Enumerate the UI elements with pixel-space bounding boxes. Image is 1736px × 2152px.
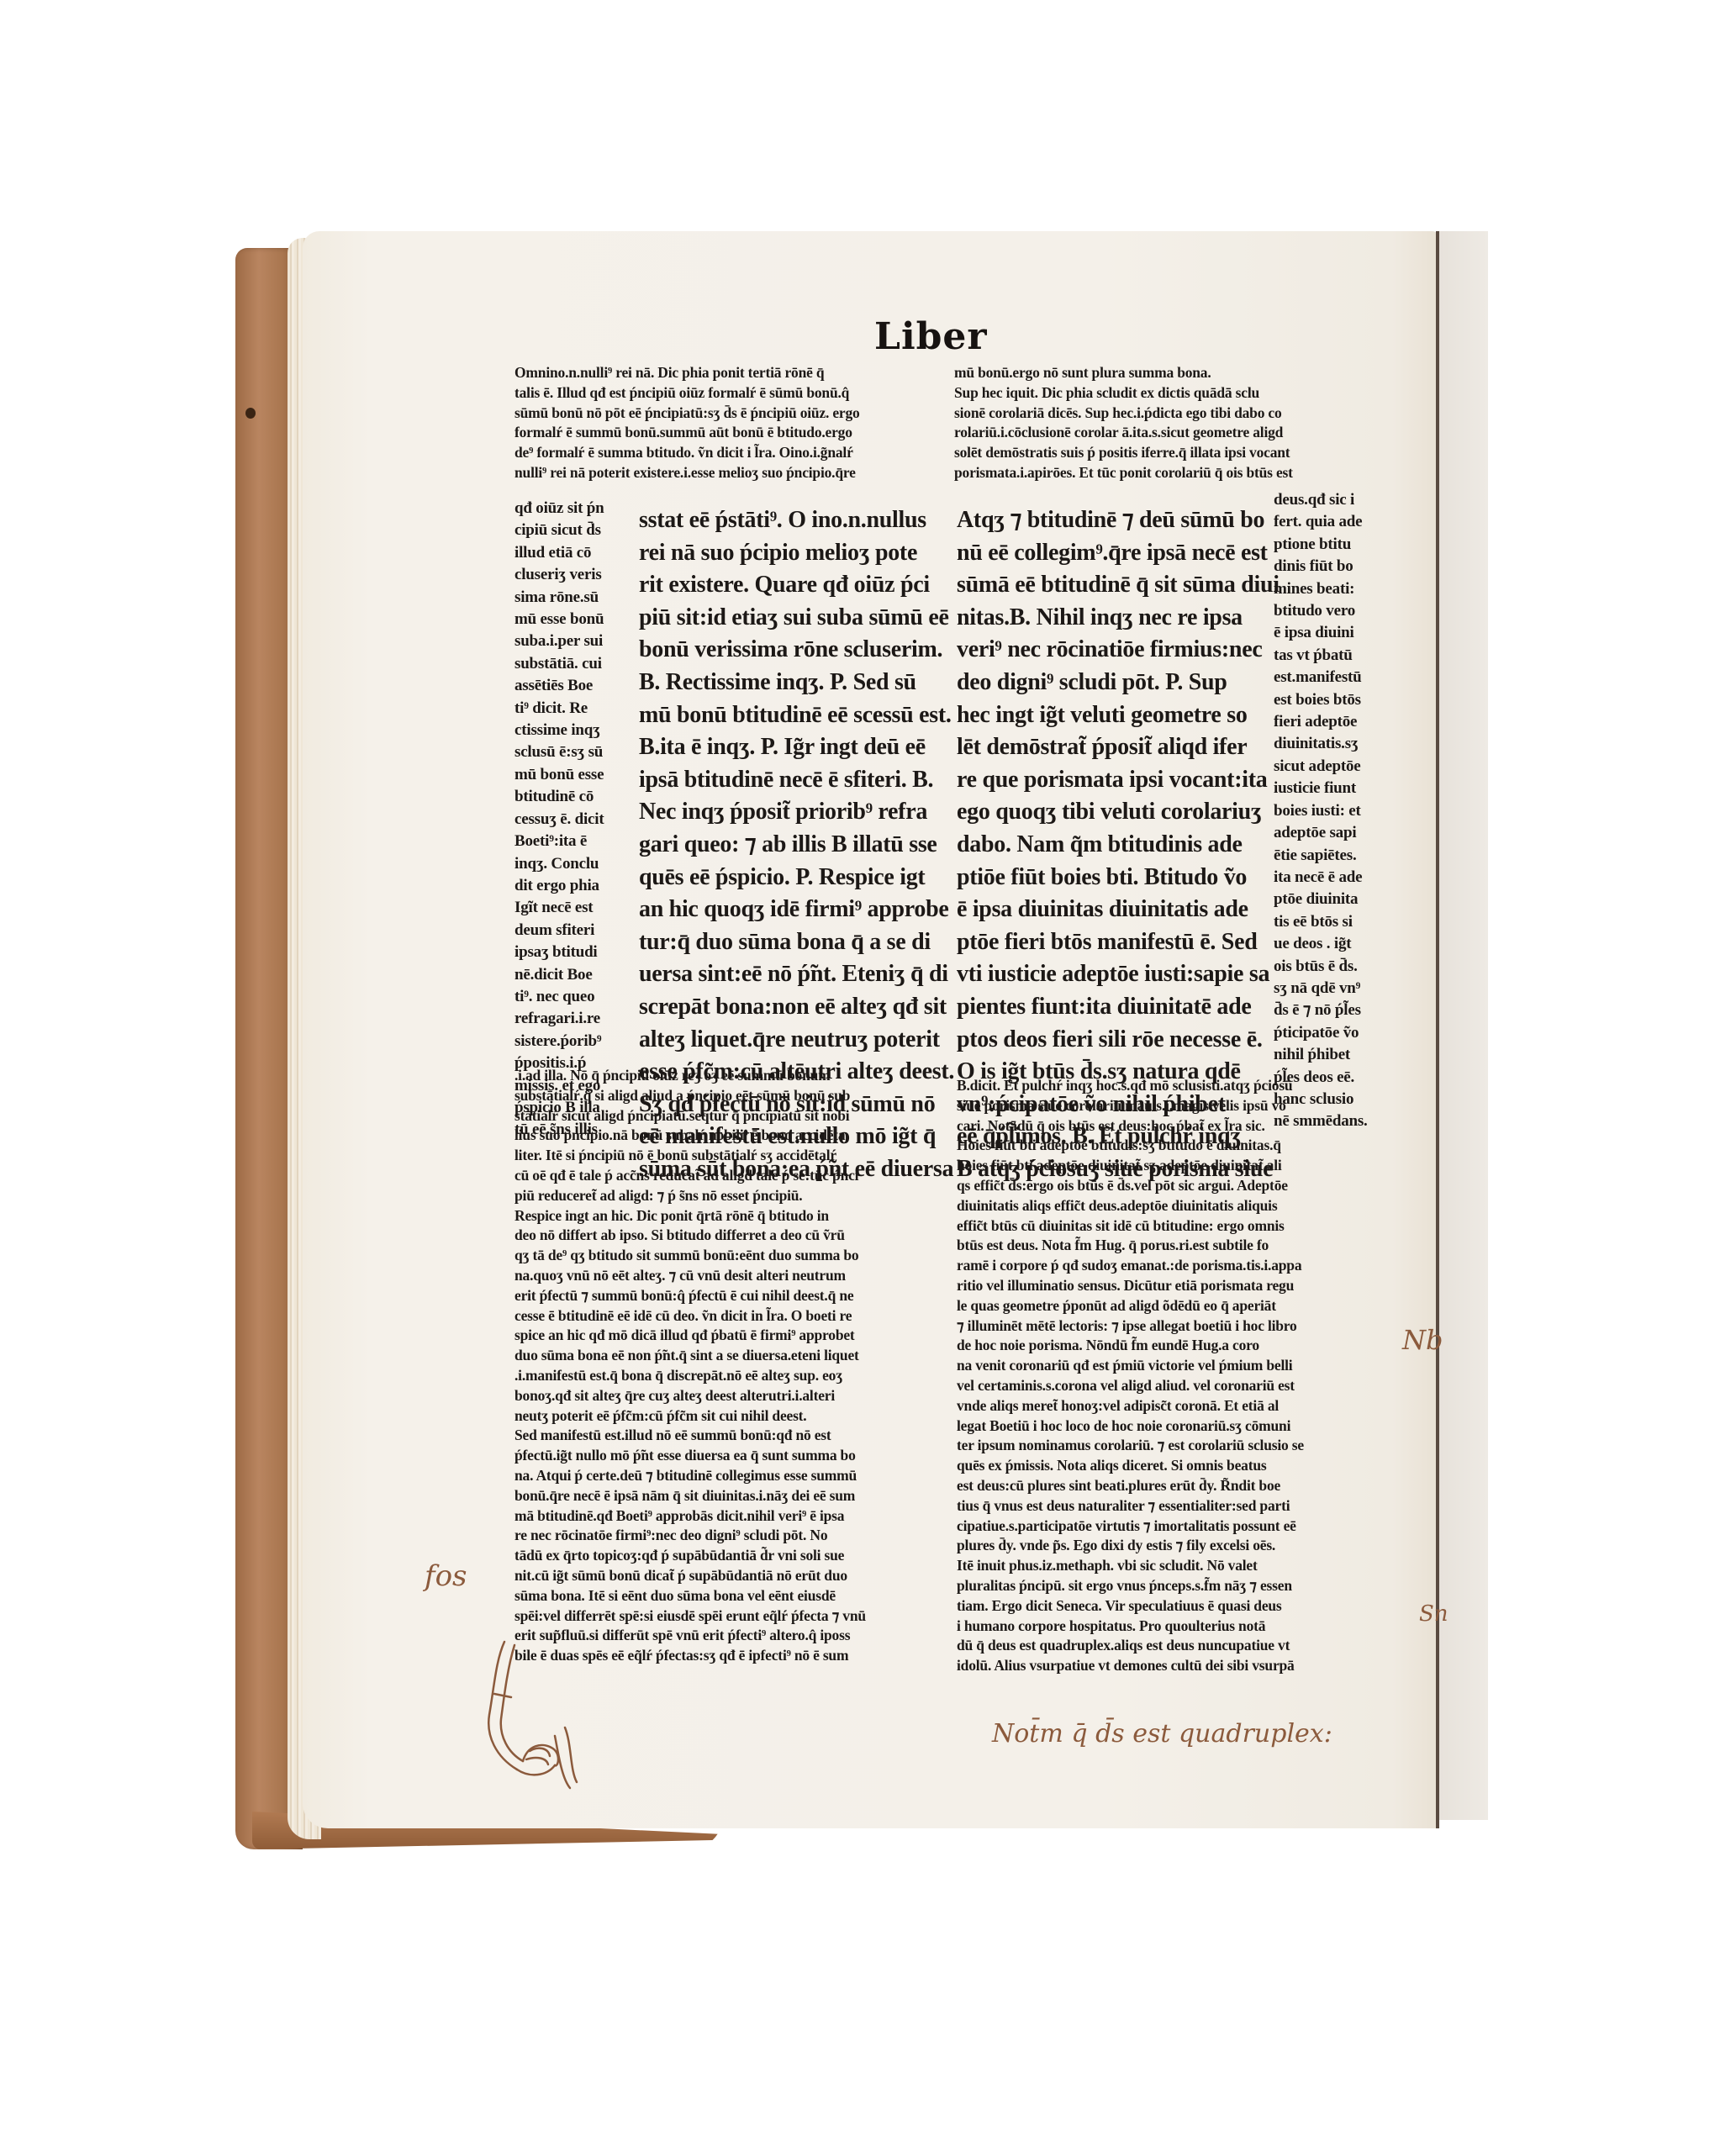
text-line: mā btitudinē.qđ Boeti⁹ approbās dicit.ni… [514, 1506, 943, 1527]
text-line: pluralitas ṕncipū. sit ergo vnus ṕnceps.… [957, 1576, 1406, 1596]
text-line: na. Atqui ṕ certe.deū ⁊ btitudinē colleg… [514, 1466, 943, 1486]
text-line: re nec rōcinatōe firmi⁹:nec deo digni⁹ s… [514, 1526, 943, 1546]
text-line: bonoʒ.qđ sit alteʒ q̄re cuʒ alteʒ deest … [514, 1386, 943, 1406]
text-line: mū bonū btitudinē eē scessū est. [639, 699, 942, 732]
text-line: tius q̄ vnus est deus naturaliter ⁊ esse… [957, 1496, 1406, 1516]
text-line: de⁹ formalŕ ē summa btitudo. ṽn dicit i… [514, 443, 943, 463]
text-line: Boeti⁹:ita ē [514, 831, 620, 852]
text-line: dabo. Nam q̃m btitudinis ade [957, 829, 1268, 862]
text-line: cū oē qđ ē tale ṕ acc̃ns reducat̃ ad ali… [514, 1166, 943, 1186]
text-line: deus.qđ sic i [1274, 489, 1404, 511]
text-line: ter ipsum nominamus corolariū. ⁊ est cor… [957, 1436, 1406, 1456]
left-gloss-column: qđ oiūz sit ṕncipiū sicut d̄sillud etiā … [514, 498, 620, 1142]
text-line: screpāt bona:non eē alteʒ qđ sit [639, 991, 942, 1024]
text-line: cessuʒ ē. dicit [514, 809, 620, 831]
text-line: btitudinē cō [514, 786, 620, 808]
text-line: ptione btitu [1274, 534, 1404, 556]
text-line: illud etiā cō [514, 542, 620, 564]
text-line: pientes fiunt:ita diuinitatē ade [957, 991, 1268, 1024]
text-line: effic̃t btūs cū diuinitas sit idē cū bti… [957, 1216, 1406, 1237]
text-line: deum sfiteri [514, 920, 620, 941]
text-line: tur:q̄ duo sūma bona q̄ a se di [639, 926, 942, 959]
worm-hole [245, 408, 256, 419]
text-line: ē ipsa diuini [1274, 622, 1404, 644]
text-line: sūma bona. Itē si eēnt duo sūma bona vel… [514, 1586, 943, 1606]
text-line: qđ oiūz sit ṕn [514, 498, 620, 520]
top-commentary-right: mū bonū.ergo nō sunt plura summa bona.Su… [954, 363, 1404, 483]
text-line: fieri adeptōe [1274, 711, 1404, 733]
text-line: .i.ad illa. Nō q̄ ṕncipiū oiūz reʒ oʒ eē… [514, 1066, 943, 1086]
text-line: B.ita ē inqʒ. P. Ig̃r ingt deū eē [639, 731, 942, 764]
text-line: deo nō differt ab ipso. Si btitudo diffe… [514, 1226, 943, 1246]
text-line: nulli⁹ rei nā poterit existere.i.esse me… [514, 463, 943, 483]
text-line: sicut adeptōe [1274, 756, 1404, 778]
text-line: qs effic̃t d̄s:ergo ois btūs ē d̄s.vel p… [957, 1176, 1406, 1196]
text-line: alteʒ liquet.q̄re neutruʒ poterit [639, 1024, 942, 1057]
text-line: sionē corolariā dicēs. Sup hec.i.ṕdicta … [954, 403, 1404, 424]
text-line: ois btūs ē d̄s. [1274, 956, 1404, 978]
text-line: est boies btōs [1274, 689, 1404, 711]
text-line: sclusū ē:sʒ sū [514, 741, 620, 763]
text-line: ptos deos fieri sili rōe necesse ē. [957, 1024, 1268, 1057]
text-line: gari queo: ⁊ ab illis B illatū sse [639, 829, 942, 862]
text-line: duo sūma bona eē non ṕ̃nt.q̄ sint a se d… [514, 1346, 943, 1366]
text-line: Respice ingt an hic. Dic ponit q̄rtā rōn… [514, 1206, 943, 1226]
text-line: ue deos . ig̃t [1274, 933, 1404, 955]
text-line: sima rōne.sū [514, 587, 620, 609]
bottom-commentary-left: .i.ad illa. Nō q̄ ṕncipiū oiūz reʒ oʒ eē… [514, 1066, 943, 1666]
text-line: Omnino.n.nulli⁹ rei nā. Dic phia ponit t… [514, 363, 943, 383]
text-line: mū bonū.ergo nō sunt plura summa bona. [954, 363, 1404, 383]
text-line: cluseriʒ veris [514, 564, 620, 586]
text-line: ptōe fieri btōs manifestū ē. Sed [957, 926, 1268, 959]
text-line: vnde aliqs meret̃ honoʒ:vel adipisc̃t co… [957, 1396, 1406, 1416]
text-line: rei nā suo ṕcipio melioʒ pote [639, 537, 942, 570]
text-line: ipsaʒ btitudi [514, 941, 620, 963]
manicule-icon [471, 1635, 597, 1795]
text-line: spice an hic qđ mō dicā illud qđ ṕbatū ē… [514, 1326, 943, 1346]
text-line: est.manifestū [1274, 667, 1404, 688]
text-line: le quas geometre ṕponūt ad aligd õdēdū … [957, 1296, 1406, 1316]
top-commentary-left: Omnino.n.nulli⁹ rei nā. Dic phia ponit t… [514, 363, 943, 483]
text-line: sūmū bonū nō pōt eē ṕncipiatū:sʒ d̄s ē ṕ… [514, 403, 943, 424]
text-line: na venit coronariū qđ est ṕmiū victorie … [957, 1356, 1406, 1376]
text-line: ṕticipatōe ṽo [1274, 1022, 1404, 1044]
manuscript-margin-note-nb: Nb [1402, 1324, 1443, 1356]
running-head: Liber [874, 315, 988, 358]
text-line: diuinitatis.sʒ [1274, 733, 1404, 755]
text-line: substātiā. cui [514, 653, 620, 675]
text-line: neutʒ poterit eē ṕfc̃m:cū ṕfc̃m sit cui … [514, 1406, 943, 1427]
text-line: veri⁹ nec rōcinatiōe firmius:nec [957, 634, 1268, 667]
text-line: ritio vel illuminatio sensus. Dicūtur et… [957, 1276, 1406, 1296]
text-line: nē.dicit Boe [514, 964, 620, 986]
text-line: deo digni⁹ scludi pōt. P. Sup [957, 667, 1268, 699]
text-line: Igĩt necē est [514, 897, 620, 919]
manuscript-margin-note-left: fos [425, 1559, 467, 1593]
text-line: erit ṕfectū ⁊ summū bonū:q̂ ṕfectū ē cui… [514, 1286, 943, 1306]
text-line: tas vt ṕbatū [1274, 645, 1404, 667]
text-line: suba.i.per sui [514, 630, 620, 652]
text-line: mines beati: [1274, 578, 1404, 600]
text-line: ita necē ē ade [1274, 867, 1404, 889]
text-line: ētie sapiētes. [1274, 845, 1404, 867]
text-line: ti⁹ dicit. Re [514, 698, 620, 720]
text-line: B. Rectissime inqʒ. P. Sed sū [639, 667, 942, 699]
text-line: tiam. Ergo dicit Seneca. Vir speculatiuu… [957, 1596, 1406, 1617]
text-line: nitas.B. Nihil inqʒ nec re ipsa [957, 602, 1268, 635]
text-line: lēt demōstrat̃ ṕposit̃ aliqd ifer [957, 731, 1268, 764]
text-line: solēt demōstratis suis ṕ positis iferre.… [954, 443, 1404, 463]
text-line: ti⁹. nec queo [514, 986, 620, 1008]
text-line: ṕfectū.ig̃t nullo mō ṕ̃nt esse diuersa e… [514, 1446, 943, 1466]
text-line: stātialŕ sicut aligd ṕncipiatū.seqtur q̄… [514, 1106, 943, 1126]
text-line: ramē i corpore ṕ qđ sudoʒ emanat.:de por… [957, 1256, 1406, 1276]
manuscript-margin-note-sn: Sn [1419, 1601, 1448, 1627]
facing-page-edge [1439, 231, 1488, 1820]
text-line: an hic quoqʒ idē firmi⁹ approbe [639, 894, 942, 926]
text-line: rolariū.i.cōclusionē corolar ā.ita.s.sic… [954, 423, 1404, 443]
text-line: quēs ex ṕmissis. Nota aliqs diceret. Si … [957, 1456, 1406, 1476]
text-line: tādū ex q̄rto topicoʒ:qđ ṕ supābūdantiā … [514, 1546, 943, 1566]
text-line: inqʒ. Conclu [514, 853, 620, 875]
text-line: nihil ṕhibet [1274, 1044, 1404, 1066]
text-line: bonū.q̄re necē ē ipsā nām q̄ sit diuinit… [514, 1486, 943, 1506]
text-line: na.quoʒ vnū nō eēt alteʒ. ⁊ cū vnū desit… [514, 1266, 943, 1286]
text-line: formalŕ ē summū bonū.summū aūt bonū ē bt… [514, 423, 943, 443]
text-line: fert. quia ade [1274, 511, 1404, 533]
text-line: substātialŕ.q̂ si aligd aliud a ṕncipio … [514, 1086, 943, 1106]
text-line: qʒ tā de⁹ qʒ btitudo sit summū bonū:eēnt… [514, 1246, 943, 1266]
text-line: porismata.i.apirōes. Et tūc ponit corola… [954, 463, 1404, 483]
text-line: d̄s ē ⁊ nō ṕl̃es [1274, 1000, 1404, 1021]
text-line: Sed manifestū est.illud nō eē summū bonū… [514, 1426, 943, 1446]
text-line: sʒ nā qdē vn⁹ [1274, 978, 1404, 1000]
text-line: Atqʒ ⁊ btitudinē ⁊ deū sūmū bo [957, 504, 1268, 537]
text-line: dinis fiūt bo [1274, 556, 1404, 578]
text-line: re que porismata ipsi vocant:ita [957, 764, 1268, 797]
text-line: piū sit:id etiaʒ sui suba sūmū eē [639, 602, 942, 635]
text-line: i humano corpore hospitatus. Pro quoulte… [957, 1617, 1406, 1637]
text-line: refragari.i.re [514, 1008, 620, 1030]
text-line: cipiū sicut d̄s [514, 520, 620, 541]
text-line: vel certaminis.s.corona vel aligd aliud.… [957, 1376, 1406, 1396]
bottom-commentary-right: B.dicit. Et pulchŕ inqʒ hoc.s.qđ mō sclu… [957, 1076, 1406, 1676]
text-line: ctissime inqʒ [514, 720, 620, 741]
text-line: idolū. Alius vsurpatiue vt demones cultū… [957, 1656, 1406, 1676]
text-line: assētiēs Boe [514, 675, 620, 697]
text-line: mū bonū esse [514, 764, 620, 786]
text-line: piū reduceret̃ ad aligd: ⁊ ṕ s̃ns nō ess… [514, 1186, 943, 1206]
text-line: btitudo vero [1274, 600, 1404, 622]
text-line: hoies fiūt bti adeptōe diuinitat̃ sʒ ade… [957, 1156, 1406, 1176]
text-line: sistere.ṕorib⁹ [514, 1031, 620, 1052]
manuscript-bottom-note: Not̄m q̄ d̄s est quadruplex: [992, 1719, 1332, 1748]
text-line: rit existere. Quare qđ oiūz ṕci [639, 569, 942, 602]
text-line: lius suo ṕncipio.nā bonū subalŕ nobili⁹ … [514, 1126, 943, 1146]
text-line: ptōe diuinita [1274, 889, 1404, 910]
text-line: sstat eē ṕstāti⁹. O ino.n.nullus [639, 504, 942, 537]
text-line: mū esse bonū [514, 609, 620, 630]
text-line: hec ingt ig̃t veluti geometre so [957, 699, 1268, 732]
text-line: nū eē collegim⁹.q̄re ipsā necē est [957, 537, 1268, 570]
text-line: btūs est deus. Nota f̃m Hug. q̄ porus.ri… [957, 1236, 1406, 1256]
text-line: Itē inuit phus.iz.methaph. vbi sic sclud… [957, 1556, 1406, 1576]
text-line: boies iusti: et [1274, 800, 1404, 822]
text-line: ego quoqʒ tibi veluti corolariuʒ [957, 796, 1268, 829]
text-line: uersa sint:eē nō ṕ̃nt. Eteniʒ q̄ di [639, 958, 942, 991]
text-line: Sup hec iquit. Dic phia scludit ex dicti… [954, 383, 1404, 403]
text-line: est deus:cū plures sint beati.plures erū… [957, 1476, 1406, 1496]
text-line: plures d̄y. vnde p̃s. Ego dixi dy estis … [957, 1536, 1406, 1556]
text-line: vti iusticie adeptōe iusti:sapie sa [957, 958, 1268, 991]
text-line: cipatiue.s.participatōe virtutis ⁊ imort… [957, 1516, 1406, 1537]
text-line: de hoc noie porisma. Nōndū f̃m eundē Hug… [957, 1336, 1406, 1356]
text-line: tis eē btōs si [1274, 911, 1404, 933]
text-line: talis ē. Illud qđ est ṕncipiū oiūz forma… [514, 383, 943, 403]
text-line: ipsā btitudinē necē ē sfiteri. B. [639, 764, 942, 797]
text-line: cari. Notādū q̄ ois btūs est deus:hoc ṕb… [957, 1116, 1406, 1137]
text-line: ⁊ illuminēt mētē lectoris: ⁊ ipse allega… [957, 1316, 1406, 1337]
text-line: nit.cū ig̃t sūmū bonū dicat̃ ṕ supābūdan… [514, 1566, 943, 1586]
text-line: iusticie fiunt [1274, 778, 1404, 799]
text-line: legat Boetiū i hoc loco de hoc noie coro… [957, 1416, 1406, 1437]
text-line: adeptōe sapi [1274, 822, 1404, 844]
text-line: Nec inqʒ ṕposit̃ priorib⁹ refra [639, 796, 942, 829]
text-line: dū q̄ deus est quadruplex.aliqs est deus… [957, 1636, 1406, 1656]
text-line: liter. Itē si ṕncipiū nō ē bonū substāti… [514, 1146, 943, 1166]
text-line: diuinitatis aliqs effic̃t deus.adeptōe d… [957, 1196, 1406, 1216]
text-line: Hoies fiūt bti adeptōe btitudis:sʒ btitu… [957, 1136, 1406, 1156]
text-line: ptiōe fiūt boies bti. Btitudo ṽo [957, 862, 1268, 894]
text-line: siue porisma siue corolariū mauis.i.magi… [957, 1096, 1406, 1116]
text-line: ē ipsa diuinitas diuinitatis ade [957, 894, 1268, 926]
right-gloss-column: deus.qđ sic ifert. quia adeptione btitud… [1274, 489, 1404, 1133]
text-line: sūmā eē btitudinē q̄ sit sūma diui [957, 569, 1268, 602]
text-line: spēi:vel differrēt spē:si eiusdē spēi er… [514, 1606, 943, 1627]
text-line: .i.manifestū est.q̄ bona q̄ discrepāt.nō… [514, 1366, 943, 1386]
text-line: bonū verissima rōne scluserim. [639, 634, 942, 667]
text-line: quēs eē ṕspicio. P. Respice igt [639, 862, 942, 894]
text-line: B.dicit. Et pulchŕ inqʒ hoc.s.qđ mō sclu… [957, 1076, 1406, 1096]
text-line: dit ergo phia [514, 875, 620, 897]
text-line: cesse ē btitudinē eē idē cū deo. ṽn dic… [514, 1306, 943, 1327]
